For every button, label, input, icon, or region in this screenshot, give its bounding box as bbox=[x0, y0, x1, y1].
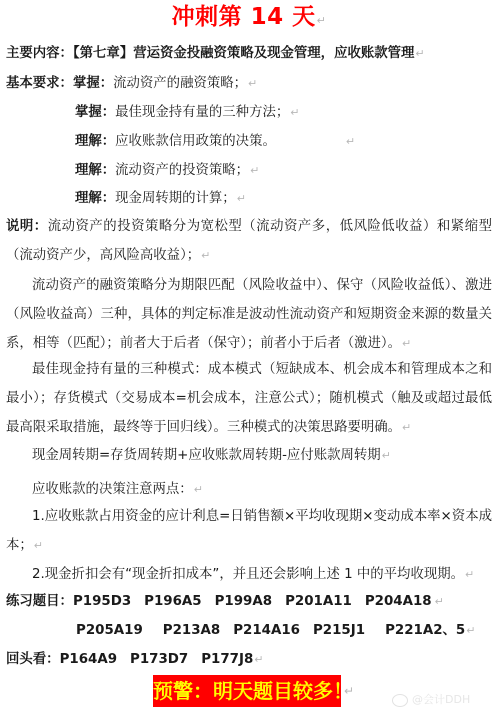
paragraph-mark-icon: ↵ bbox=[415, 47, 424, 60]
practice-item: P205A19 bbox=[76, 623, 143, 638]
requirement-text: 流动资产的融资策略； bbox=[113, 76, 247, 91]
paragraph-text: 应收账款的决策注意两点： bbox=[32, 482, 193, 497]
practice-item: P195D3 bbox=[73, 594, 131, 609]
weibo-logo-icon bbox=[392, 694, 408, 707]
practice-label: 练习题目： bbox=[6, 594, 73, 609]
paragraph-mark-icon: ↵ bbox=[346, 135, 355, 148]
paragraph-mark-icon: ↵ bbox=[402, 337, 411, 350]
cash-cycle-formula: 现金周转期=存货周转期+应收账款周转期-应付账款周转期↵ bbox=[6, 441, 492, 470]
practice-item: P199A8 bbox=[215, 594, 272, 609]
paragraph-mark-icon: ↵ bbox=[254, 653, 263, 666]
receivables-note-2: 2.现金折扣会有“现金折扣成本”，并且还会影响上述 1 中的平均收现期。↵ bbox=[6, 560, 492, 589]
review-item: P173D7 bbox=[130, 652, 188, 667]
practice-item: P215J1 bbox=[313, 623, 365, 638]
review-row: 回头看：P164A9P173D7P177J8↵ bbox=[6, 651, 264, 669]
requirement-row: 理解：流动资产的投资策略；↵ bbox=[75, 162, 259, 180]
requirement-text: 最佳现金持有量的三种方法； bbox=[115, 105, 289, 120]
watermark-text: @会计DDH bbox=[412, 693, 470, 706]
practice-item: P214A16 bbox=[233, 623, 300, 638]
paragraph-mark-icon: ↵ bbox=[250, 164, 259, 177]
paragraph-text: 最佳现金持有量的三种模式：成本模式（短缺成本、机会成本和管理成本之和最小）；存货… bbox=[6, 362, 492, 435]
paragraph-mark-icon: ↵ bbox=[317, 14, 327, 27]
title-text: 冲刺第 14 天 bbox=[172, 4, 316, 30]
review-item: P164A9 bbox=[60, 652, 117, 667]
main-content-text: 【第七章】营运资金投融资策略及现金管理，应收账款管理 bbox=[73, 46, 414, 61]
practice-item: P204A18 bbox=[365, 594, 432, 609]
requirement-level: 掌握： bbox=[73, 76, 113, 91]
paragraph-mark-icon: ↵ bbox=[465, 568, 474, 581]
requirement-text: 现金周转期的计算； bbox=[115, 191, 236, 206]
requirement-level: 掌握： bbox=[75, 105, 115, 120]
page-title: 冲刺第 14 天↵ bbox=[0, 2, 498, 36]
receivables-note-1: 1.应收账款占用资金的应计利息=日销售额×平均收现期×变动成本率×资本成本；↵ bbox=[6, 502, 492, 560]
paragraph-text: 流动资产的投资策略分为宽松型（流动资产多，低风险低收益）和紧缩型（流动资产少，高… bbox=[6, 219, 492, 263]
explanation-paragraph-3: 最佳现金持有量的三种模式：成本模式（短缺成本、机会成本和管理成本之和最小）；存货… bbox=[6, 355, 492, 442]
requirement-text: 应收账款信用政策的决策。 bbox=[115, 134, 276, 149]
requirement-row: 理解：现金周转期的计算；↵ bbox=[75, 190, 246, 208]
review-item: P177J8 bbox=[201, 652, 253, 667]
paragraph-mark-icon: ↵ bbox=[402, 421, 411, 434]
warning-banner: 预警：明天题目较多！ bbox=[153, 675, 341, 707]
watermark: @会计DDH bbox=[392, 691, 470, 707]
requirement-level: 理解： bbox=[75, 191, 115, 206]
requirement-row: 掌握：最佳现金持有量的三种方法；↵ bbox=[75, 104, 299, 122]
explanation-paragraph-2: 流动资产的融资策略分为期限匹配（风险收益中）、保守（风险收益低）、激进（风险收益… bbox=[6, 271, 492, 358]
practice-item: P201A11 bbox=[285, 594, 352, 609]
explanation-paragraph-1: 说明：流动资产的投资策略分为宽松型（流动资产多，低风险低收益）和紧缩型（流动资产… bbox=[6, 212, 492, 270]
requirement-row: 理解：应收账款信用政策的决策。↵ bbox=[75, 133, 355, 151]
requirement-level: 理解： bbox=[75, 134, 115, 149]
paragraph-text: 现金周转期=存货周转期+应收账款周转期-应付账款周转期 bbox=[32, 448, 381, 463]
explanation-label: 说明： bbox=[6, 219, 48, 234]
paragraph-text: 流动资产的融资策略分为期限匹配（风险收益中）、保守（风险收益低）、激进（风险收益… bbox=[6, 278, 492, 351]
practice-item: P221A2、5 bbox=[385, 623, 465, 638]
paragraph-mark-icon: ↵ bbox=[290, 106, 299, 119]
requirement-text: 流动资产的投资策略； bbox=[115, 163, 249, 178]
paragraph-mark-icon: ↵ bbox=[201, 249, 210, 262]
paragraph-mark-icon: ↵ bbox=[435, 595, 444, 608]
practice-item: P196A5 bbox=[144, 594, 201, 609]
practice-item: P213A8 bbox=[163, 623, 220, 638]
paragraph-mark-icon: ↵ bbox=[382, 449, 391, 462]
paragraph-mark-icon: ↵ bbox=[466, 624, 475, 637]
main-content-line: 主要内容：【第七章】营运资金投融资策略及现金管理，应收账款管理↵ bbox=[6, 45, 425, 63]
paragraph-text: 1.应收账款占用资金的应计利息=日销售额×平均收现期×变动成本率×资本成本； bbox=[6, 509, 492, 553]
main-content-label: 主要内容： bbox=[6, 46, 73, 61]
review-label: 回头看： bbox=[6, 652, 60, 667]
paragraph-mark-icon: ↵ bbox=[344, 684, 354, 698]
paragraph-text: 2.现金折扣会有“现金折扣成本”，并且还会影响上述 1 中的平均收现期。 bbox=[32, 567, 464, 582]
receivables-note-heading: 应收账款的决策注意两点：↵ bbox=[6, 475, 492, 504]
requirements-label: 基本要求： bbox=[6, 76, 73, 91]
requirement-row: 基本要求：掌握：流动资产的融资策略；↵ bbox=[6, 75, 257, 93]
paragraph-mark-icon: ↵ bbox=[34, 539, 43, 552]
paragraph-mark-icon: ↵ bbox=[194, 483, 203, 496]
practice-row-1: 练习题目：P195D3P196A5P199A8P201A11P204A18↵ bbox=[6, 593, 444, 611]
requirement-level: 理解： bbox=[75, 163, 115, 178]
paragraph-mark-icon: ↵ bbox=[237, 192, 246, 205]
paragraph-mark-icon: ↵ bbox=[248, 77, 257, 90]
practice-row-2: P205A19P213A8P214A16P215J1P221A2、5↵ bbox=[76, 622, 475, 640]
